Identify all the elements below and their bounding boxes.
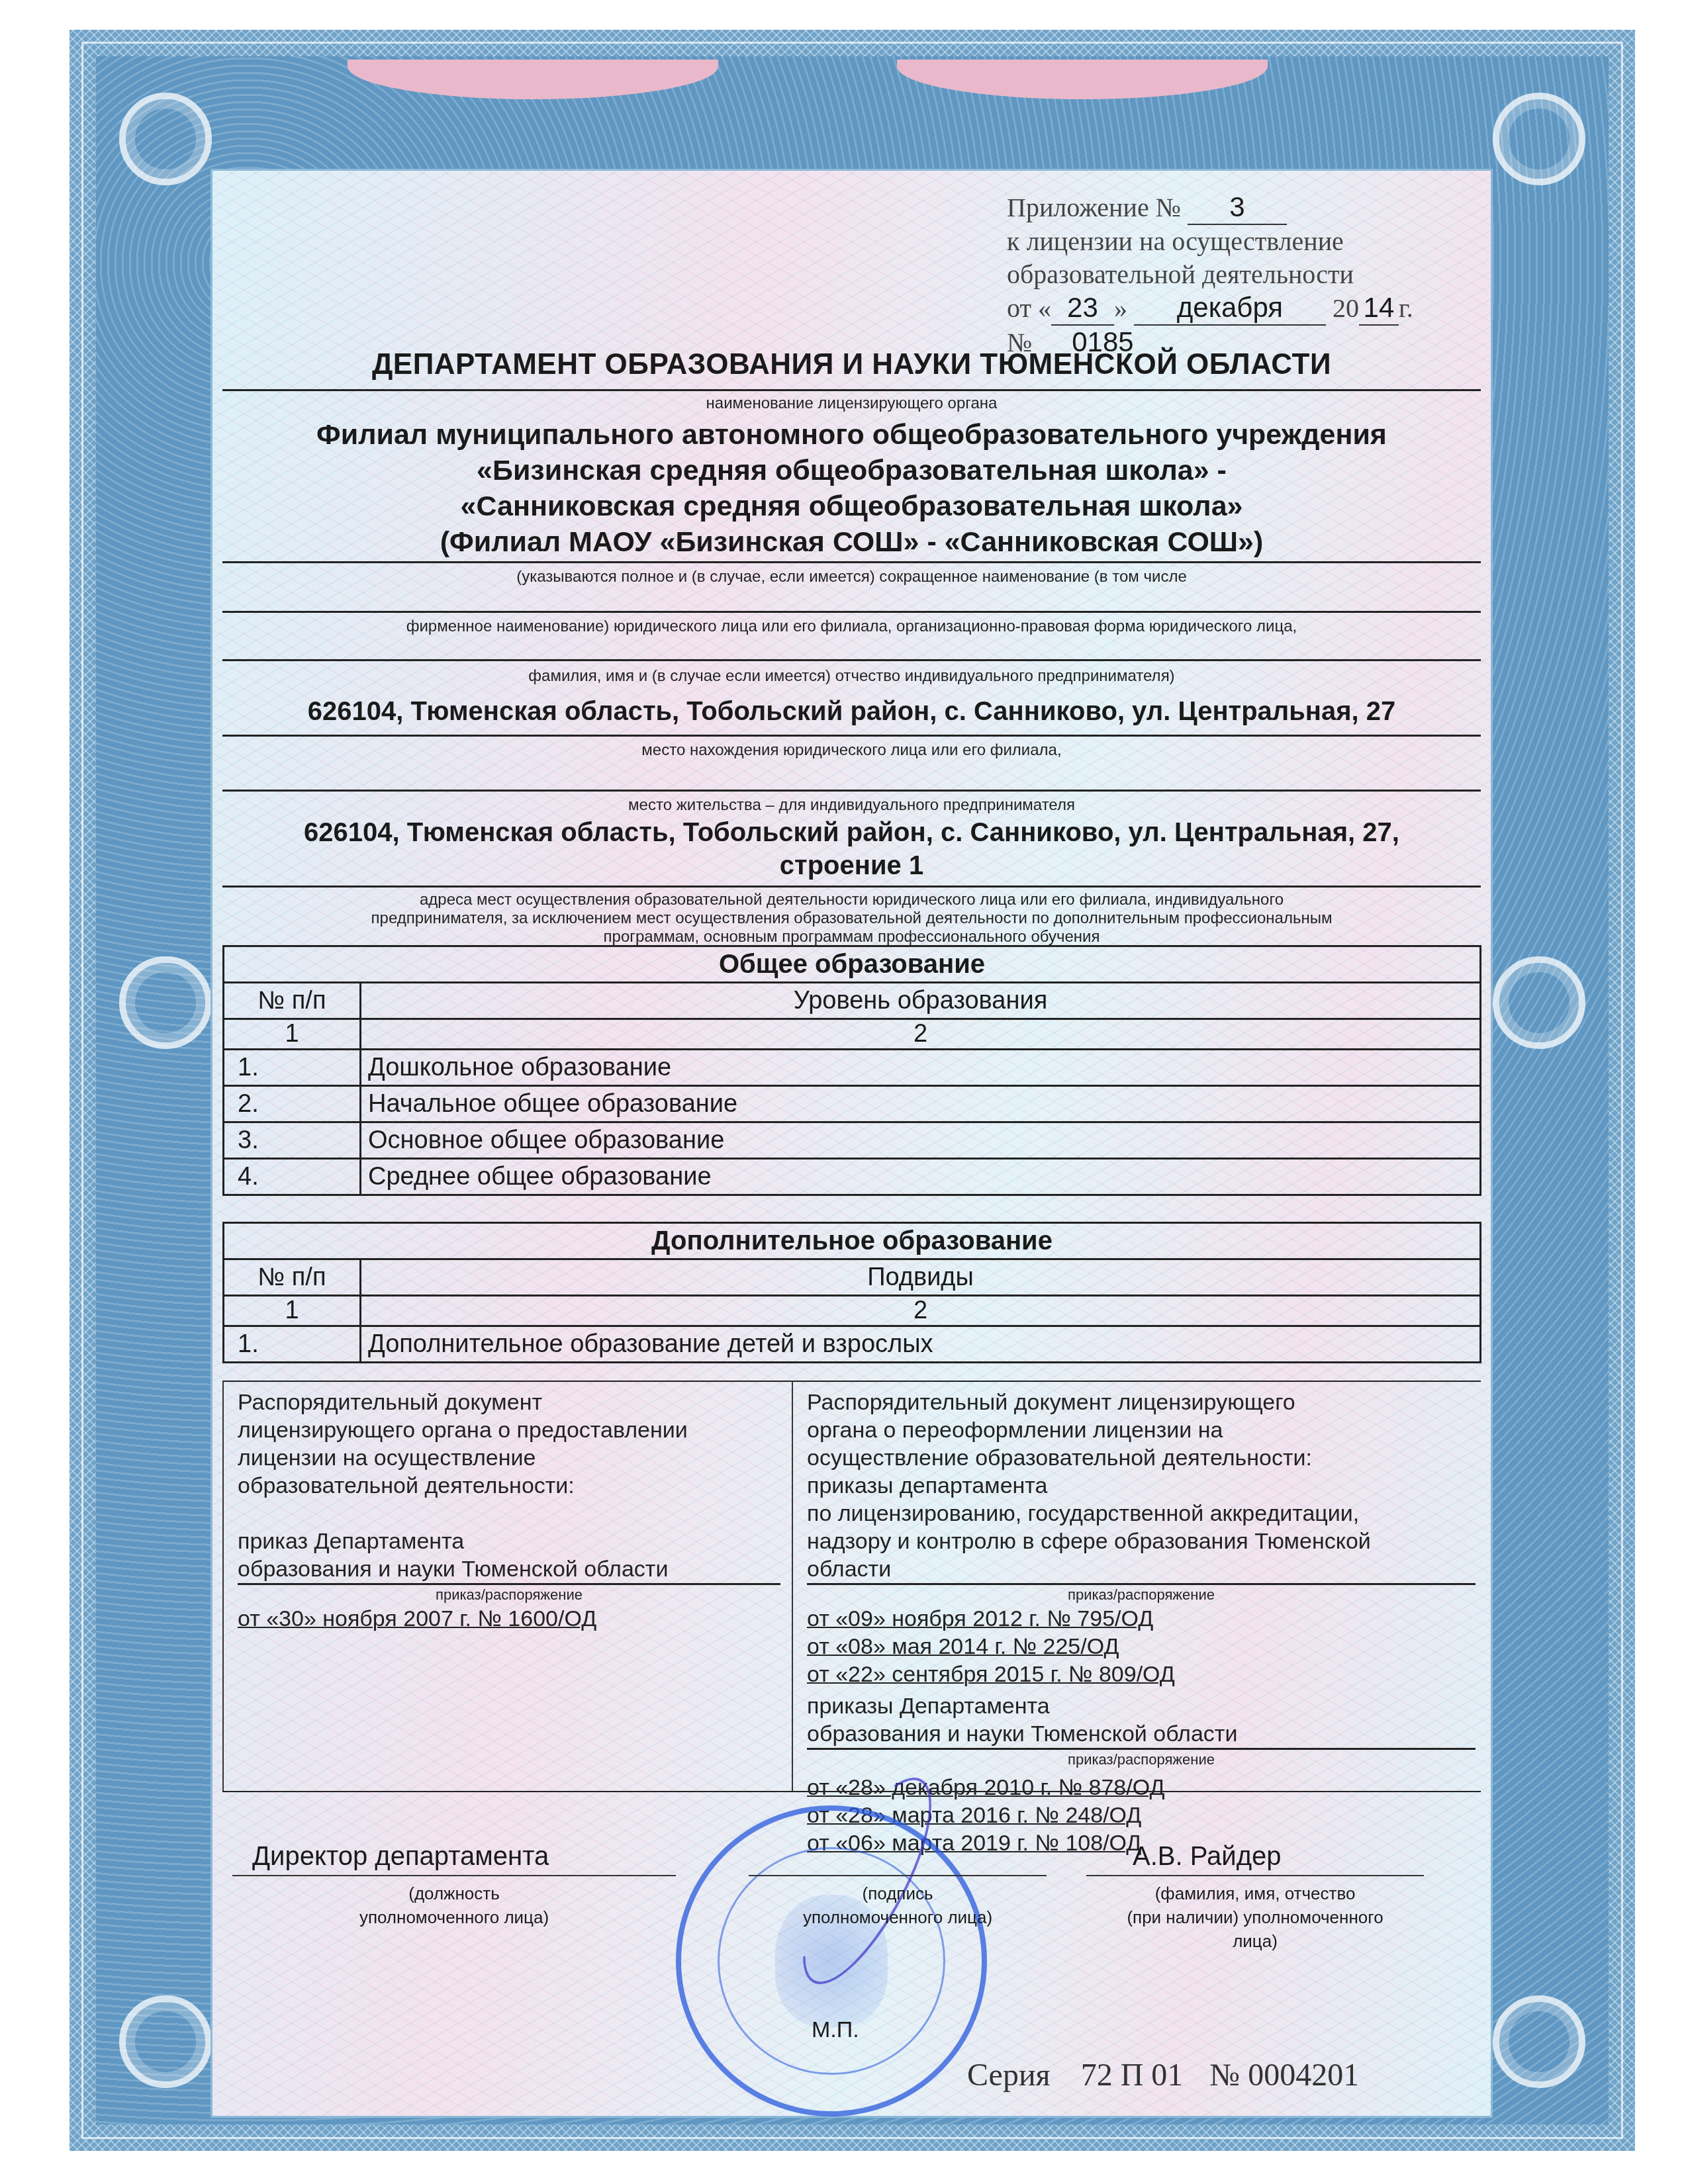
divider	[222, 611, 1481, 613]
authority-name: ДЕПАРТАМЕНТ ОБРАЗОВАНИЯ И НАУКИ ТЮМЕНСКО…	[212, 348, 1491, 381]
col-index: 1	[224, 1296, 361, 1326]
grant-heading-line: Распорядительный документ	[238, 1388, 780, 1416]
ornament-swirl-icon	[119, 956, 212, 1049]
table-title: Общее образование	[224, 946, 1481, 983]
grant-heading-line: лицензирующего органа о предоставлении	[238, 1416, 780, 1444]
col-index: 1	[224, 1019, 361, 1050]
activity-address: 626104, Тюменская область, Тобольский ра…	[212, 816, 1491, 882]
annex-line-2: к лицензии на осуществление	[1007, 225, 1470, 258]
blank-series: Серия 72 П 01 № 0004201	[967, 2057, 1359, 2093]
caption-line: (подпись	[749, 1882, 1047, 1905]
annex-day: 23	[1051, 291, 1114, 326]
signer-position: Директор департамента	[252, 1842, 549, 1872]
reissue-issuer-line: образования и науки Тюменской области	[807, 1720, 1476, 1750]
additional-education-table: Дополнительное образование № п/п Подвиды…	[222, 1222, 1481, 1363]
divider	[222, 1381, 1481, 1382]
org-caption-3: фамилия, имя и (в случае если имеется) о…	[212, 667, 1491, 686]
seal-mark: М.П.	[812, 2017, 859, 2043]
grant-heading-line: лицензии на осуществление	[238, 1444, 780, 1472]
organization-name: Филиал муниципального автономного общеоб…	[212, 417, 1491, 560]
row-level: Начальное общее образование	[361, 1086, 1481, 1122]
location-caption-2: место жительства – для индивидуального п…	[212, 796, 1491, 815]
reissue-order: от «09» ноября 2012 г. № 795/ОД	[807, 1605, 1476, 1633]
signature-line	[749, 1875, 1047, 1876]
series-number: 0004201	[1248, 2058, 1359, 2093]
org-line: (Филиал МАОУ «Бизинская СОШ» - «Санников…	[212, 524, 1491, 560]
reissue-order: от «22» сентября 2015 г. № 809/ОД	[807, 1661, 1476, 1688]
row-level: Среднее общее образование	[361, 1159, 1481, 1195]
activity-address-line: строение 1	[212, 849, 1491, 882]
org-caption-1: (указываются полное и (в случае, если им…	[212, 568, 1491, 586]
ornament-swirl-icon	[119, 1995, 212, 2088]
signer-name: А.В. Райдер	[1133, 1842, 1281, 1872]
activity-address-line: 626104, Тюменская область, Тобольский ра…	[212, 816, 1491, 849]
general-education-table: Общее образование № п/п Уровень образова…	[222, 945, 1481, 1196]
reissue-heading-line: органа о переоформлении лицензии на	[807, 1416, 1476, 1444]
divider	[222, 659, 1481, 661]
row-subtype: Дополнительное образование детей и взрос…	[361, 1326, 1481, 1363]
table-row: 2. Начальное общее образование	[224, 1086, 1481, 1122]
ornament-swirl-icon	[119, 93, 212, 185]
location-address: 626104, Тюменская область, Тобольский ра…	[212, 695, 1491, 728]
reissue-issuer-line: приказы Департамента	[807, 1692, 1476, 1720]
grant-issuer-line: образования и науки Тюменской области	[238, 1555, 780, 1585]
reissue-heading-line: надзору и контролю в сфере образования Т…	[807, 1527, 1476, 1555]
annex-number: 3	[1188, 191, 1287, 225]
org-line: «Санниковская средняя общеобразовательна…	[212, 488, 1491, 524]
grant-order: от «30» ноября 2007 г. № 1600/ОД	[238, 1605, 780, 1633]
reissue-heading-line: Распорядительный документ лицензирующего	[807, 1388, 1476, 1416]
table-row: 1. Дополнительное образование детей и вз…	[224, 1326, 1481, 1363]
col-header-subtype: Подвиды	[361, 1259, 1481, 1296]
date-prefix: от «	[1007, 293, 1051, 323]
caption-line: предпринимателя, за исключением мест осу…	[212, 909, 1491, 928]
year-prefix: 20	[1333, 293, 1359, 323]
grant-document: Распорядительный документ лицензирующего…	[238, 1388, 780, 1633]
col-index: 2	[361, 1296, 1481, 1326]
caption-line: уполномоченного лица)	[749, 1905, 1047, 1929]
reissue-heading-line: по лицензированию, государственной аккре…	[807, 1500, 1476, 1527]
grant-caption: приказ/распоряжение	[238, 1585, 780, 1605]
caption-line: (должность	[232, 1882, 676, 1905]
annex-label: Приложение №	[1007, 193, 1181, 222]
caption-line: адреса мест осуществления образовательно…	[212, 891, 1491, 909]
date-mid: »	[1114, 293, 1127, 323]
caption-line: уполномоченного лица)	[232, 1905, 676, 1929]
authority-caption: наименование лицензирующего органа	[212, 394, 1491, 413]
location-caption-1: место нахождения юридического лица или е…	[212, 741, 1491, 760]
org-caption-2: фирменное наименование) юридического лиц…	[212, 617, 1491, 636]
table-title: Дополнительное образование	[224, 1223, 1481, 1259]
annex-month: декабря	[1134, 291, 1326, 326]
year-end: г.	[1399, 293, 1413, 323]
grant-issuer-line: приказ Департамента	[238, 1527, 780, 1555]
column-divider	[792, 1381, 793, 1791]
activity-caption: адреса мест осуществления образовательно…	[212, 891, 1491, 946]
org-line: «Бизинская средняя общеобразовательная ш…	[212, 453, 1491, 488]
reissue-order: от «08» мая 2014 г. № 225/ОД	[807, 1633, 1476, 1661]
caption-line: программам, основным программам професси…	[212, 928, 1491, 946]
signature-caption: (подпись уполномоченного лица)	[749, 1882, 1047, 1929]
row-number: 3.	[224, 1122, 361, 1159]
col-header-level: Уровень образования	[361, 983, 1481, 1019]
reissue-caption: приказ/распоряжение	[807, 1585, 1476, 1605]
divider	[222, 790, 1481, 792]
reissue-caption: приказ/распоряжение	[807, 1750, 1476, 1770]
row-number: 4.	[224, 1159, 361, 1195]
position-line	[232, 1875, 676, 1876]
document-page: Приложение № 3 к лицензии на осуществлен…	[211, 169, 1493, 2118]
org-line: Филиал муниципального автономного общеоб…	[212, 417, 1491, 453]
series-number-label: №	[1209, 2058, 1240, 2093]
divider	[222, 389, 1481, 391]
col-header-number: № п/п	[224, 1259, 361, 1296]
series-value: 72 П 01	[1081, 2058, 1184, 2093]
ornament-swirl-icon	[1493, 93, 1585, 185]
col-index: 2	[361, 1019, 1481, 1050]
reissue-heading-line: осуществление образовательной деятельнос…	[807, 1444, 1476, 1472]
name-line	[1086, 1875, 1424, 1876]
caption-line: (фамилия, имя, отчество	[1086, 1882, 1424, 1905]
row-number: 2.	[224, 1086, 361, 1122]
reissue-heading-line: приказы департамента	[807, 1472, 1476, 1500]
reissue-heading-line: области	[807, 1555, 1476, 1585]
annex-header: Приложение № 3 к лицензии на осуществлен…	[1007, 191, 1470, 359]
row-number: 1.	[224, 1326, 361, 1363]
row-number: 1.	[224, 1050, 361, 1086]
table-row: 3. Основное общее образование	[224, 1122, 1481, 1159]
row-level: Дошкольное образование	[361, 1050, 1481, 1086]
table-row: 1. Дошкольное образование	[224, 1050, 1481, 1086]
table-row: 4. Среднее общее образование	[224, 1159, 1481, 1195]
annex-line-3: образовательной деятельности	[1007, 258, 1470, 291]
caption-line: лица)	[1086, 1929, 1424, 1953]
divider	[222, 735, 1481, 737]
row-level: Основное общее образование	[361, 1122, 1481, 1159]
column-border	[222, 1381, 224, 1791]
grant-heading-line: образовательной деятельности:	[238, 1472, 780, 1500]
name-caption: (фамилия, имя, отчество (при наличии) уп…	[1086, 1882, 1424, 1953]
divider	[222, 561, 1481, 563]
col-header-number: № п/п	[224, 983, 361, 1019]
position-caption: (должность уполномоченного лица)	[232, 1882, 676, 1929]
caption-line: (при наличии) уполномоченного	[1086, 1905, 1424, 1929]
ornament-swirl-icon	[1493, 1995, 1585, 2088]
annex-year: 14	[1359, 291, 1399, 326]
ornament-swirl-icon	[1493, 956, 1585, 1049]
divider	[222, 886, 1481, 887]
series-label: Серия	[967, 2058, 1051, 2093]
